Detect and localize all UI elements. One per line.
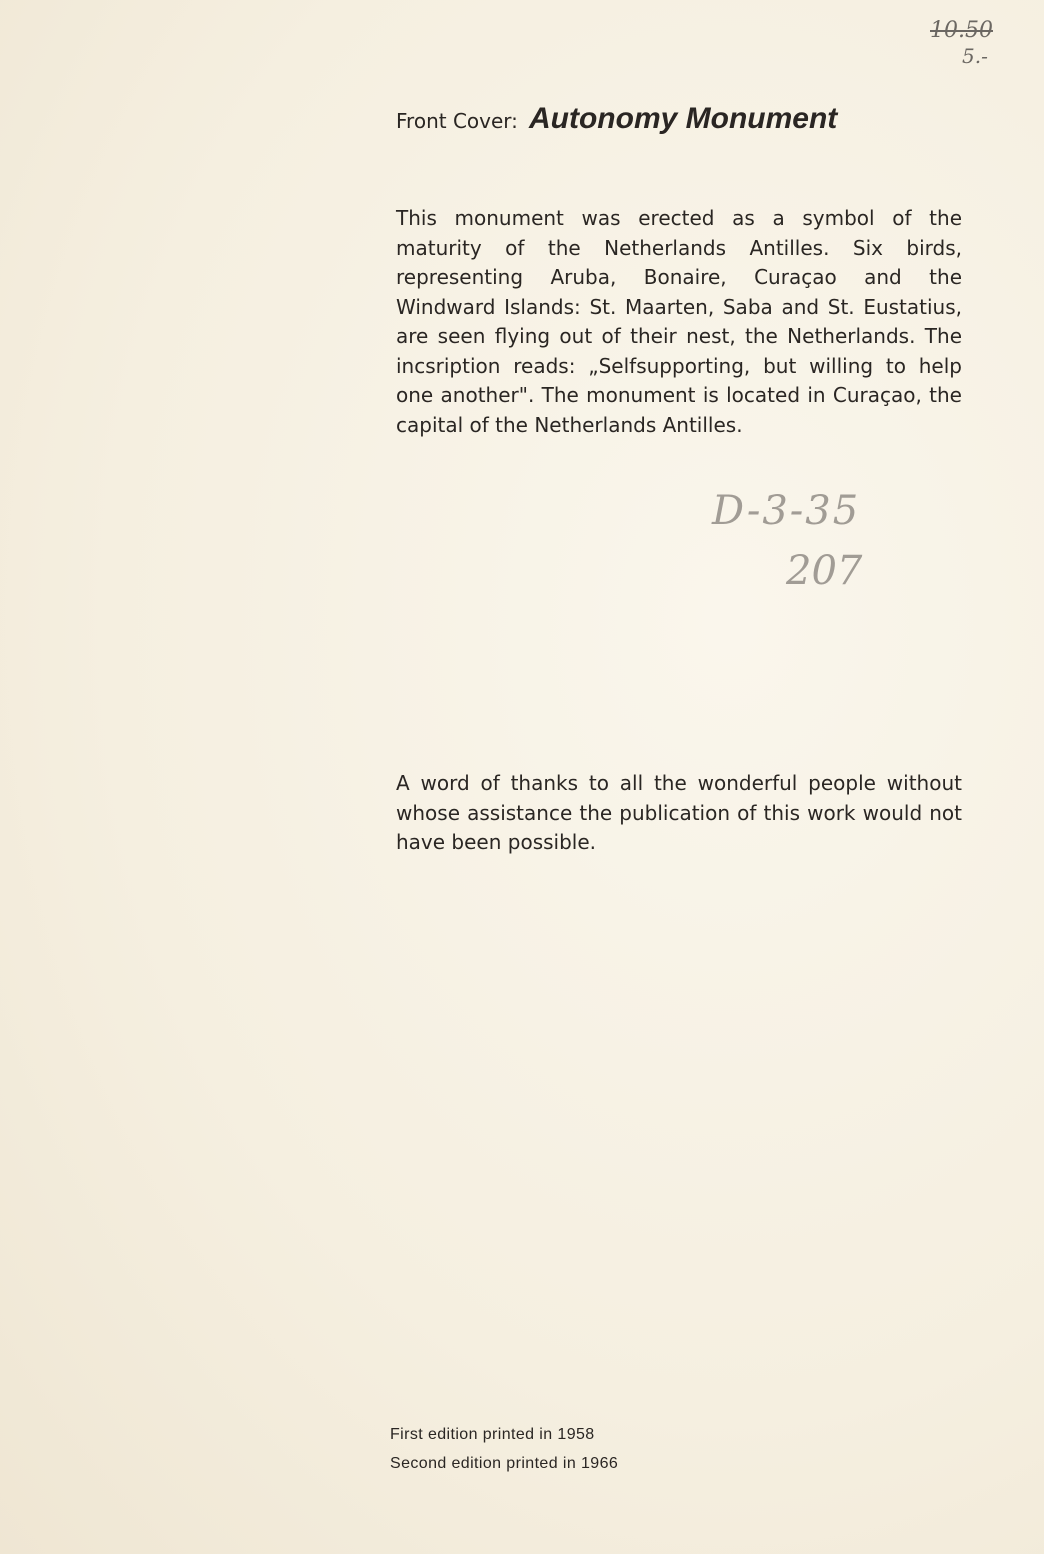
edition-notes: First edition printed in 1958 Second edi… xyxy=(390,1420,618,1478)
page: 10.50 5.- Front Cover: Autonomy Monument… xyxy=(0,0,1044,1554)
second-edition-note: Second edition printed in 1966 xyxy=(390,1449,618,1478)
first-edition-note: First edition printed in 1958 xyxy=(390,1420,618,1449)
handwritten-number: 207 xyxy=(786,548,862,594)
handwritten-code: D-3-35 xyxy=(712,488,860,534)
handwritten-new-price: 5.- xyxy=(962,44,988,68)
handwritten-old-price: 10.50 xyxy=(930,18,993,43)
cover-heading: Front Cover: Autonomy Monument xyxy=(396,102,837,136)
cover-title: Autonomy Monument xyxy=(529,102,837,135)
monument-description: This monument was erected as a symbol of… xyxy=(396,204,962,440)
acknowledgement: A word of thanks to all the wonderful pe… xyxy=(396,769,962,858)
cover-label: Front Cover: xyxy=(396,109,518,133)
